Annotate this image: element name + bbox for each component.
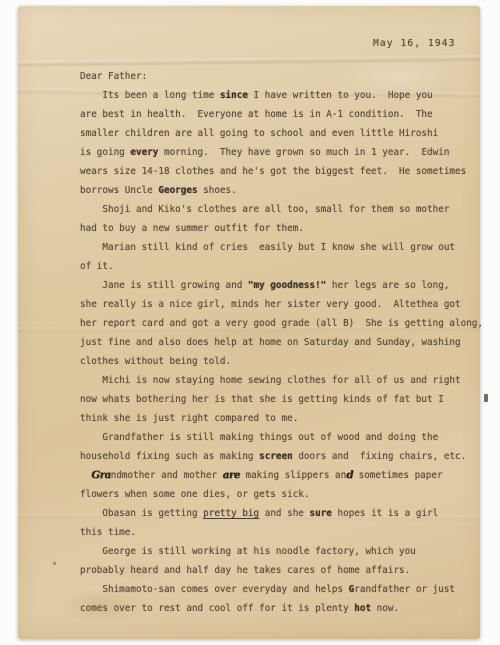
letter-line: flowers when some one dies, or gets sick…: [80, 485, 495, 504]
text-segment: clothes without being told.: [80, 356, 231, 367]
text-segment: hot: [354, 603, 371, 614]
text-segment: now.: [371, 603, 399, 614]
text-segment: Obasan is getting: [80, 508, 203, 519]
text-segment: probably heard and half day he takes car…: [80, 565, 410, 576]
letter-paper: May 16, 1943 Dear Father: Its been a lon…: [18, 6, 480, 639]
letter-line: Jane is still growing and "my goodness!"…: [80, 276, 495, 295]
letter-line: is going every morning. They have grown …: [80, 143, 495, 162]
text-segment: sure: [310, 508, 332, 519]
letter-line: of it.: [80, 257, 495, 276]
text-segment: screen: [259, 451, 293, 462]
text-segment: George is still working at his noodle fa…: [80, 546, 416, 557]
text-segment: Dear Father:: [80, 71, 147, 82]
text-segment: flowers when some one dies, or gets sick…: [80, 489, 310, 500]
letter-line: Its been a long time since I have writte…: [80, 86, 495, 105]
text-segment: she really is a nice girl, minds her sis…: [80, 299, 461, 310]
letter-line: Dear Father:: [80, 67, 495, 86]
letter-line: Shoji and Kiko's clothes are all too, sm…: [80, 200, 495, 219]
text-segment: pretty big: [203, 508, 259, 519]
text-segment: Grandfather is still making things out o…: [80, 432, 438, 443]
letter-line: Shimamoto-san comes over everyday and he…: [80, 580, 495, 599]
text-segment: her legs are so long,: [326, 280, 449, 291]
letter-line: George is still working at his noodle fa…: [80, 542, 495, 561]
letter-line: household fixing such as making screen d…: [80, 447, 495, 466]
text-segment: and she: [259, 508, 309, 519]
ink-mark: [484, 394, 488, 402]
text-segment: shoes.: [198, 185, 237, 196]
letter-line: Grandmother and mother are making slippe…: [80, 466, 495, 485]
text-segment: Jane is still growing and: [80, 280, 248, 291]
text-segment: this time.: [80, 527, 136, 538]
letter-line: now whats bothering her is that she is g…: [80, 390, 495, 409]
text-segment: randfather or just: [354, 584, 455, 595]
letter-line: had to buy a new summer outfit for them.: [80, 219, 495, 238]
letter-line: think she is just right compared to me.: [80, 409, 495, 428]
text-segment: [80, 470, 91, 481]
text-segment: now whats bothering her is that she is g…: [80, 394, 444, 405]
text-segment: Shimamoto-san comes over everyday and he…: [80, 584, 349, 595]
text-segment: I have written to you. Hope you: [248, 90, 433, 101]
text-segment: had to buy a new summer outfit for them.: [80, 223, 304, 234]
text-segment: Its been a long time: [80, 90, 220, 101]
handwritten-correction: Gra: [91, 469, 111, 481]
letter-line: smaller children are all going to school…: [80, 124, 495, 143]
text-segment: sometimes paper: [353, 470, 443, 481]
text-segment: Georges: [158, 185, 197, 196]
letter-line: her report card and got a very good grad…: [80, 314, 495, 333]
text-segment: Michi is now staying home sewing clothes…: [80, 375, 461, 386]
text-segment: since: [220, 90, 248, 101]
text-segment: of it.: [80, 261, 114, 272]
text-segment: "my goodness!": [248, 280, 326, 291]
letter-line: borrows Uncle Georges shoes.: [80, 181, 495, 200]
letter-line: are best in health. Everyone at home is …: [80, 105, 495, 124]
text-segment: wears size 14-18 clothes and he's got th…: [80, 166, 466, 177]
text-segment: doors and fixing chairs, etc.: [293, 451, 467, 462]
text-segment: think she is just right compared to me.: [80, 413, 298, 424]
letter-date: May 16, 1943: [373, 37, 456, 51]
text-segment: household fixing such as making: [80, 451, 259, 462]
text-segment: are best in health. Everyone at home is …: [80, 109, 433, 120]
letter-line: Michi is now staying home sewing clothes…: [80, 371, 495, 390]
letter-line: she really is a nice girl, minds her sis…: [80, 295, 495, 314]
letter-line: comes over to rest and cool off for it i…: [80, 599, 495, 618]
handwritten-correction: are: [223, 469, 240, 481]
text-segment: is going: [80, 147, 130, 158]
handwritten-correction: d: [346, 469, 353, 481]
letter-line: Marian still kind of cries easily but I …: [80, 238, 495, 257]
text-segment: smaller children are all going to school…: [80, 128, 438, 139]
text-segment: making slippers an: [240, 470, 346, 481]
text-segment: just fine and also does help at home on …: [80, 337, 461, 348]
letter-line: just fine and also does help at home on …: [80, 333, 495, 352]
text-segment: hopes it is a girl: [332, 508, 438, 519]
text-segment: ndmother and mother: [111, 470, 223, 481]
text-segment: Shoji and Kiko's clothes are all too, sm…: [80, 204, 449, 215]
text-segment: morning. They have grown so much in 1 ye…: [158, 147, 449, 158]
text-segment: borrows Uncle: [80, 185, 158, 196]
text-segment: comes over to rest and cool off for it i…: [80, 603, 354, 614]
text-segment: every: [130, 147, 158, 158]
letter-line: probably heard and half day he takes car…: [80, 561, 495, 580]
letter-line: Grandfather is still making things out o…: [80, 428, 495, 447]
letter-line: this time.: [80, 523, 495, 542]
letter-line: clothes without being told.: [80, 352, 495, 371]
text-segment: Marian still kind of cries easily but I …: [80, 242, 455, 253]
letter-body: Dear Father: Its been a long time since …: [80, 67, 495, 618]
ink-speck: [53, 562, 56, 565]
letter-line: wears size 14-18 clothes and he's got th…: [80, 162, 495, 181]
paper-crease: [18, 55, 480, 68]
letter-line: Obasan is getting pretty big and she sur…: [80, 504, 495, 523]
scanned-letter-page: May 16, 1943 Dear Father: Its been a lon…: [0, 0, 500, 645]
text-segment: her report card and got a very good grad…: [80, 318, 483, 329]
